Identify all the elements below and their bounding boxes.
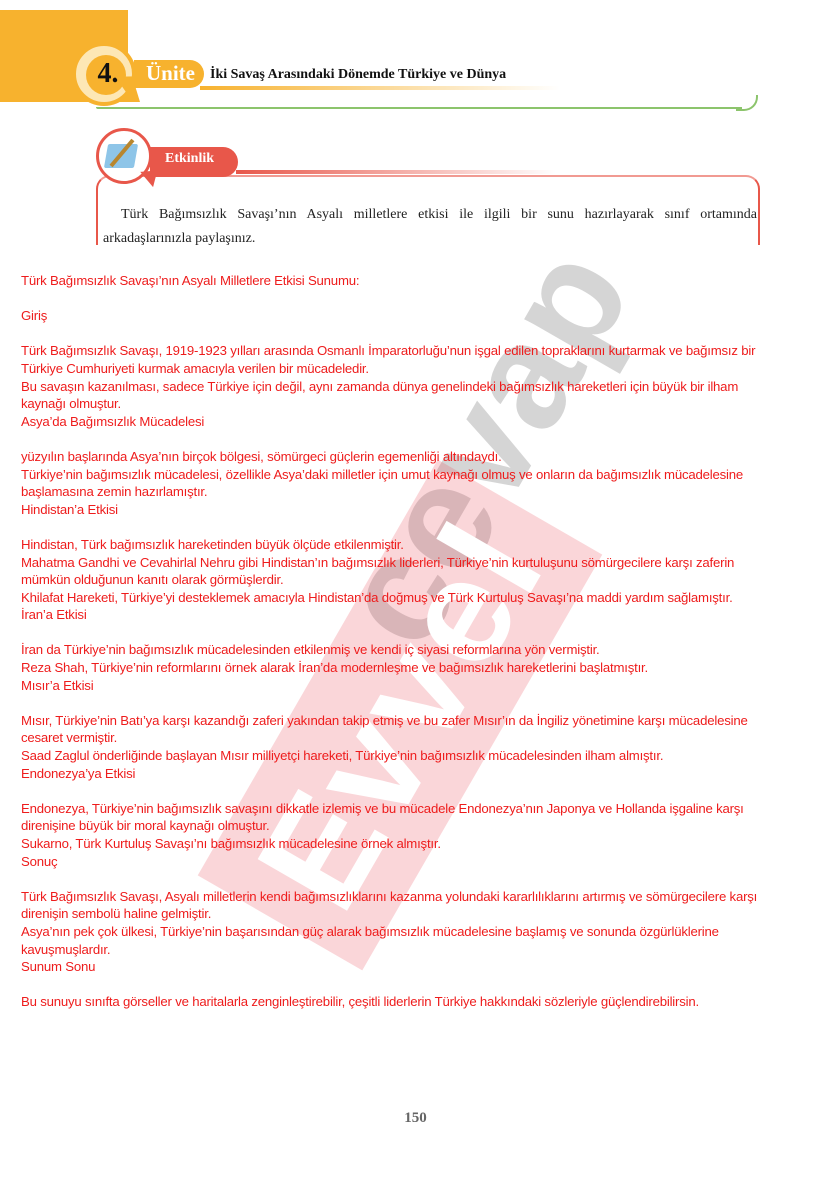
blank-line [21,430,811,448]
blank-line [21,624,811,642]
answer-line: Hindistan’a Etkisi [21,501,811,519]
answer-line: Bu savaşın kazanılması, sadece Türkiye i… [21,378,811,396]
answer-line: Endonezya, Türkiye’nin bağımsızlık savaş… [21,800,811,818]
unit-title: İki Savaş Arasındaki Dönemde Türkiye ve … [210,67,506,83]
answer-line: cesaret vermiştir. [21,729,811,747]
unit-label: Ünite [146,61,195,86]
answer-line: Mısır, Türkiye’nin Batı’ya karşı kazandı… [21,712,811,730]
activity-instruction: Türk Bağımsızlık Savaşı’nın Asyalı mille… [103,203,757,251]
answer-line: direnişin sembolü haline gelmiştir. [21,905,811,923]
header-divider-curve [736,95,758,111]
answer-line: Asya’nın pek çok ülkesi, Türkiye’nin baş… [21,923,811,941]
answer-line: Türkiye Cumhuriyeti kurmak amacıyla veri… [21,360,811,378]
answer-line: mümkün olduğunun kanıtı olarak görmüşler… [21,571,811,589]
answer-line: Mısır’a Etkisi [21,677,811,695]
answer-line: Khilafat Hareketi, Türkiye’yi destekleme… [21,589,811,607]
answer-line: direnişine büyük bir moral kaynağı olmuş… [21,817,811,835]
answer-line: Reza Shah, Türkiye’nin reformlarını örne… [21,659,811,677]
answer-line: Sunum Sonu [21,958,811,976]
blank-line [21,976,811,994]
answer-line: yüzyılın başlarında Asya’nın birçok bölg… [21,448,811,466]
answer-line: kavuşmuşlardır. [21,941,811,959]
blank-line [21,290,811,308]
blank-line [21,325,811,343]
answer-text: Türk Bağımsızlık Savaşı’nın Asyalı Mille… [21,272,811,1011]
blank-line [21,870,811,888]
answer-line: Sukarno, Türk Kurtuluş Savaşı’nı bağımsı… [21,835,811,853]
answer-line: Giriş [21,307,811,325]
answer-line: Türk Bağımsızlık Savaşı’nın Asyalı Mille… [21,272,811,290]
answer-line: Saad Zaglul önderliğinde başlayan Mısır … [21,747,811,765]
answer-line: İran’a Etkisi [21,606,811,624]
blank-line [21,694,811,712]
answer-line: Asya’da Bağımsızlık Mücadelesi [21,413,811,431]
answer-line: Türkiye’nin bağımsızlık mücadelesi, özel… [21,466,811,484]
answer-line: Hindistan, Türk bağımsızlık hareketinden… [21,536,811,554]
answer-line: Mahatma Gandhi ve Cevahirlal Nehru gibi … [21,554,811,572]
answer-line: Türk Bağımsızlık Savaşı, Asyalı milletle… [21,888,811,906]
answer-line: başlamasına zemin hazırlamıştır. [21,483,811,501]
activity-label-underline [236,170,556,174]
blank-line [21,782,811,800]
header-divider [96,107,742,109]
answer-line: Bu sunuyu sınıfta görseller ve haritalar… [21,993,811,1011]
page-number: 150 [0,1110,831,1127]
answer-line: Endonezya’ya Etkisi [21,765,811,783]
unit-title-underline [200,86,560,90]
activity-label: Etkinlik [165,151,214,167]
answer-line: Türk Bağımsızlık Savaşı, 1919-1923 yılla… [21,342,811,360]
answer-line: İran da Türkiye’nin bağımsızlık mücadele… [21,641,811,659]
answer-line: kaynağı olmuştur. [21,395,811,413]
answer-line: Sonuç [21,853,811,871]
blank-line [21,518,811,536]
